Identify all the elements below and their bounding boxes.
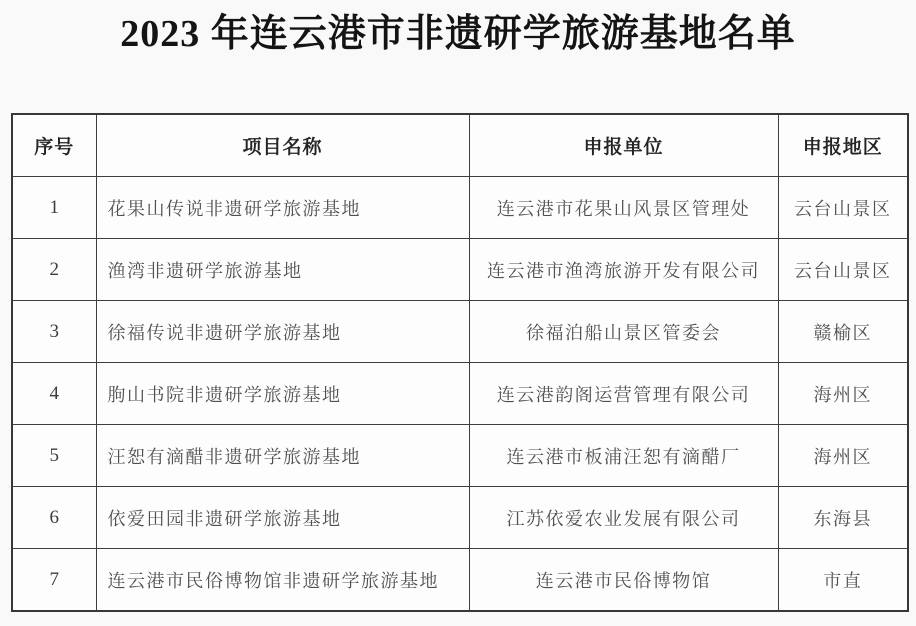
cell-serial-number: 1: [12, 177, 96, 239]
cell-declaring-region: 海州区: [778, 425, 908, 487]
table-row: 2 渔湾非遗研学旅游基地 连云港市渔湾旅游开发有限公司 云台山景区: [12, 239, 908, 301]
column-header-declaring-unit: 申报单位: [469, 114, 778, 177]
table-row: 6 依爱田园非遗研学旅游基地 江苏依爱农业发展有限公司 东海县: [12, 487, 908, 549]
cell-project-name: 依爱田园非遗研学旅游基地: [96, 487, 469, 549]
cell-project-name: 连云港市民俗博物馆非遗研学旅游基地: [96, 549, 469, 612]
cell-declaring-unit: 连云港市板浦汪恕有滴醋厂: [469, 425, 778, 487]
cell-serial-number: 6: [12, 487, 96, 549]
table-row: 4 朐山书院非遗研学旅游基地 连云港韵阁运营管理有限公司 海州区: [12, 363, 908, 425]
cell-declaring-region: 东海县: [778, 487, 908, 549]
table-row: 3 徐福传说非遗研学旅游基地 徐福泊船山景区管委会 赣榆区: [12, 301, 908, 363]
page-title: 2023 年连云港市非遗研学旅游基地名单: [0, 2, 916, 57]
cell-project-name: 徐福传说非遗研学旅游基地: [96, 301, 469, 363]
cell-declaring-unit: 连云港市民俗博物馆: [469, 549, 778, 612]
cell-serial-number: 5: [12, 425, 96, 487]
cell-project-name: 渔湾非遗研学旅游基地: [96, 239, 469, 301]
cell-project-name: 汪恕有滴醋非遗研学旅游基地: [96, 425, 469, 487]
table-body: 1 花果山传说非遗研学旅游基地 连云港市花果山风景区管理处 云台山景区 2 渔湾…: [12, 177, 908, 612]
cell-declaring-region: 云台山景区: [778, 239, 908, 301]
table-row: 1 花果山传说非遗研学旅游基地 连云港市花果山风景区管理处 云台山景区: [12, 177, 908, 239]
table-row: 7 连云港市民俗博物馆非遗研学旅游基地 连云港市民俗博物馆 市直: [12, 549, 908, 612]
cell-declaring-region: 市直: [778, 549, 908, 612]
cell-serial-number: 7: [12, 549, 96, 612]
cell-declaring-unit: 连云港市渔湾旅游开发有限公司: [469, 239, 778, 301]
cell-declaring-unit: 连云港市花果山风景区管理处: [469, 177, 778, 239]
cell-declaring-unit: 江苏依爱农业发展有限公司: [469, 487, 778, 549]
heritage-base-table: 序号 项目名称 申报单位 申报地区 1 花果山传说非遗研学旅游基地 连云港市花果…: [11, 113, 909, 612]
header-row: 序号 项目名称 申报单位 申报地区: [12, 114, 908, 177]
cell-serial-number: 3: [12, 301, 96, 363]
column-header-project-name: 项目名称: [96, 114, 469, 177]
cell-serial-number: 4: [12, 363, 96, 425]
cell-declaring-region: 赣榆区: [778, 301, 908, 363]
column-header-serial-number: 序号: [12, 114, 96, 177]
cell-declaring-unit: 连云港韵阁运营管理有限公司: [469, 363, 778, 425]
cell-declaring-region: 云台山景区: [778, 177, 908, 239]
cell-project-name: 朐山书院非遗研学旅游基地: [96, 363, 469, 425]
table-row: 5 汪恕有滴醋非遗研学旅游基地 连云港市板浦汪恕有滴醋厂 海州区: [12, 425, 908, 487]
cell-serial-number: 2: [12, 239, 96, 301]
cell-declaring-region: 海州区: [778, 363, 908, 425]
cell-project-name: 花果山传说非遗研学旅游基地: [96, 177, 469, 239]
cell-declaring-unit: 徐福泊船山景区管委会: [469, 301, 778, 363]
column-header-declaring-region: 申报地区: [778, 114, 908, 177]
